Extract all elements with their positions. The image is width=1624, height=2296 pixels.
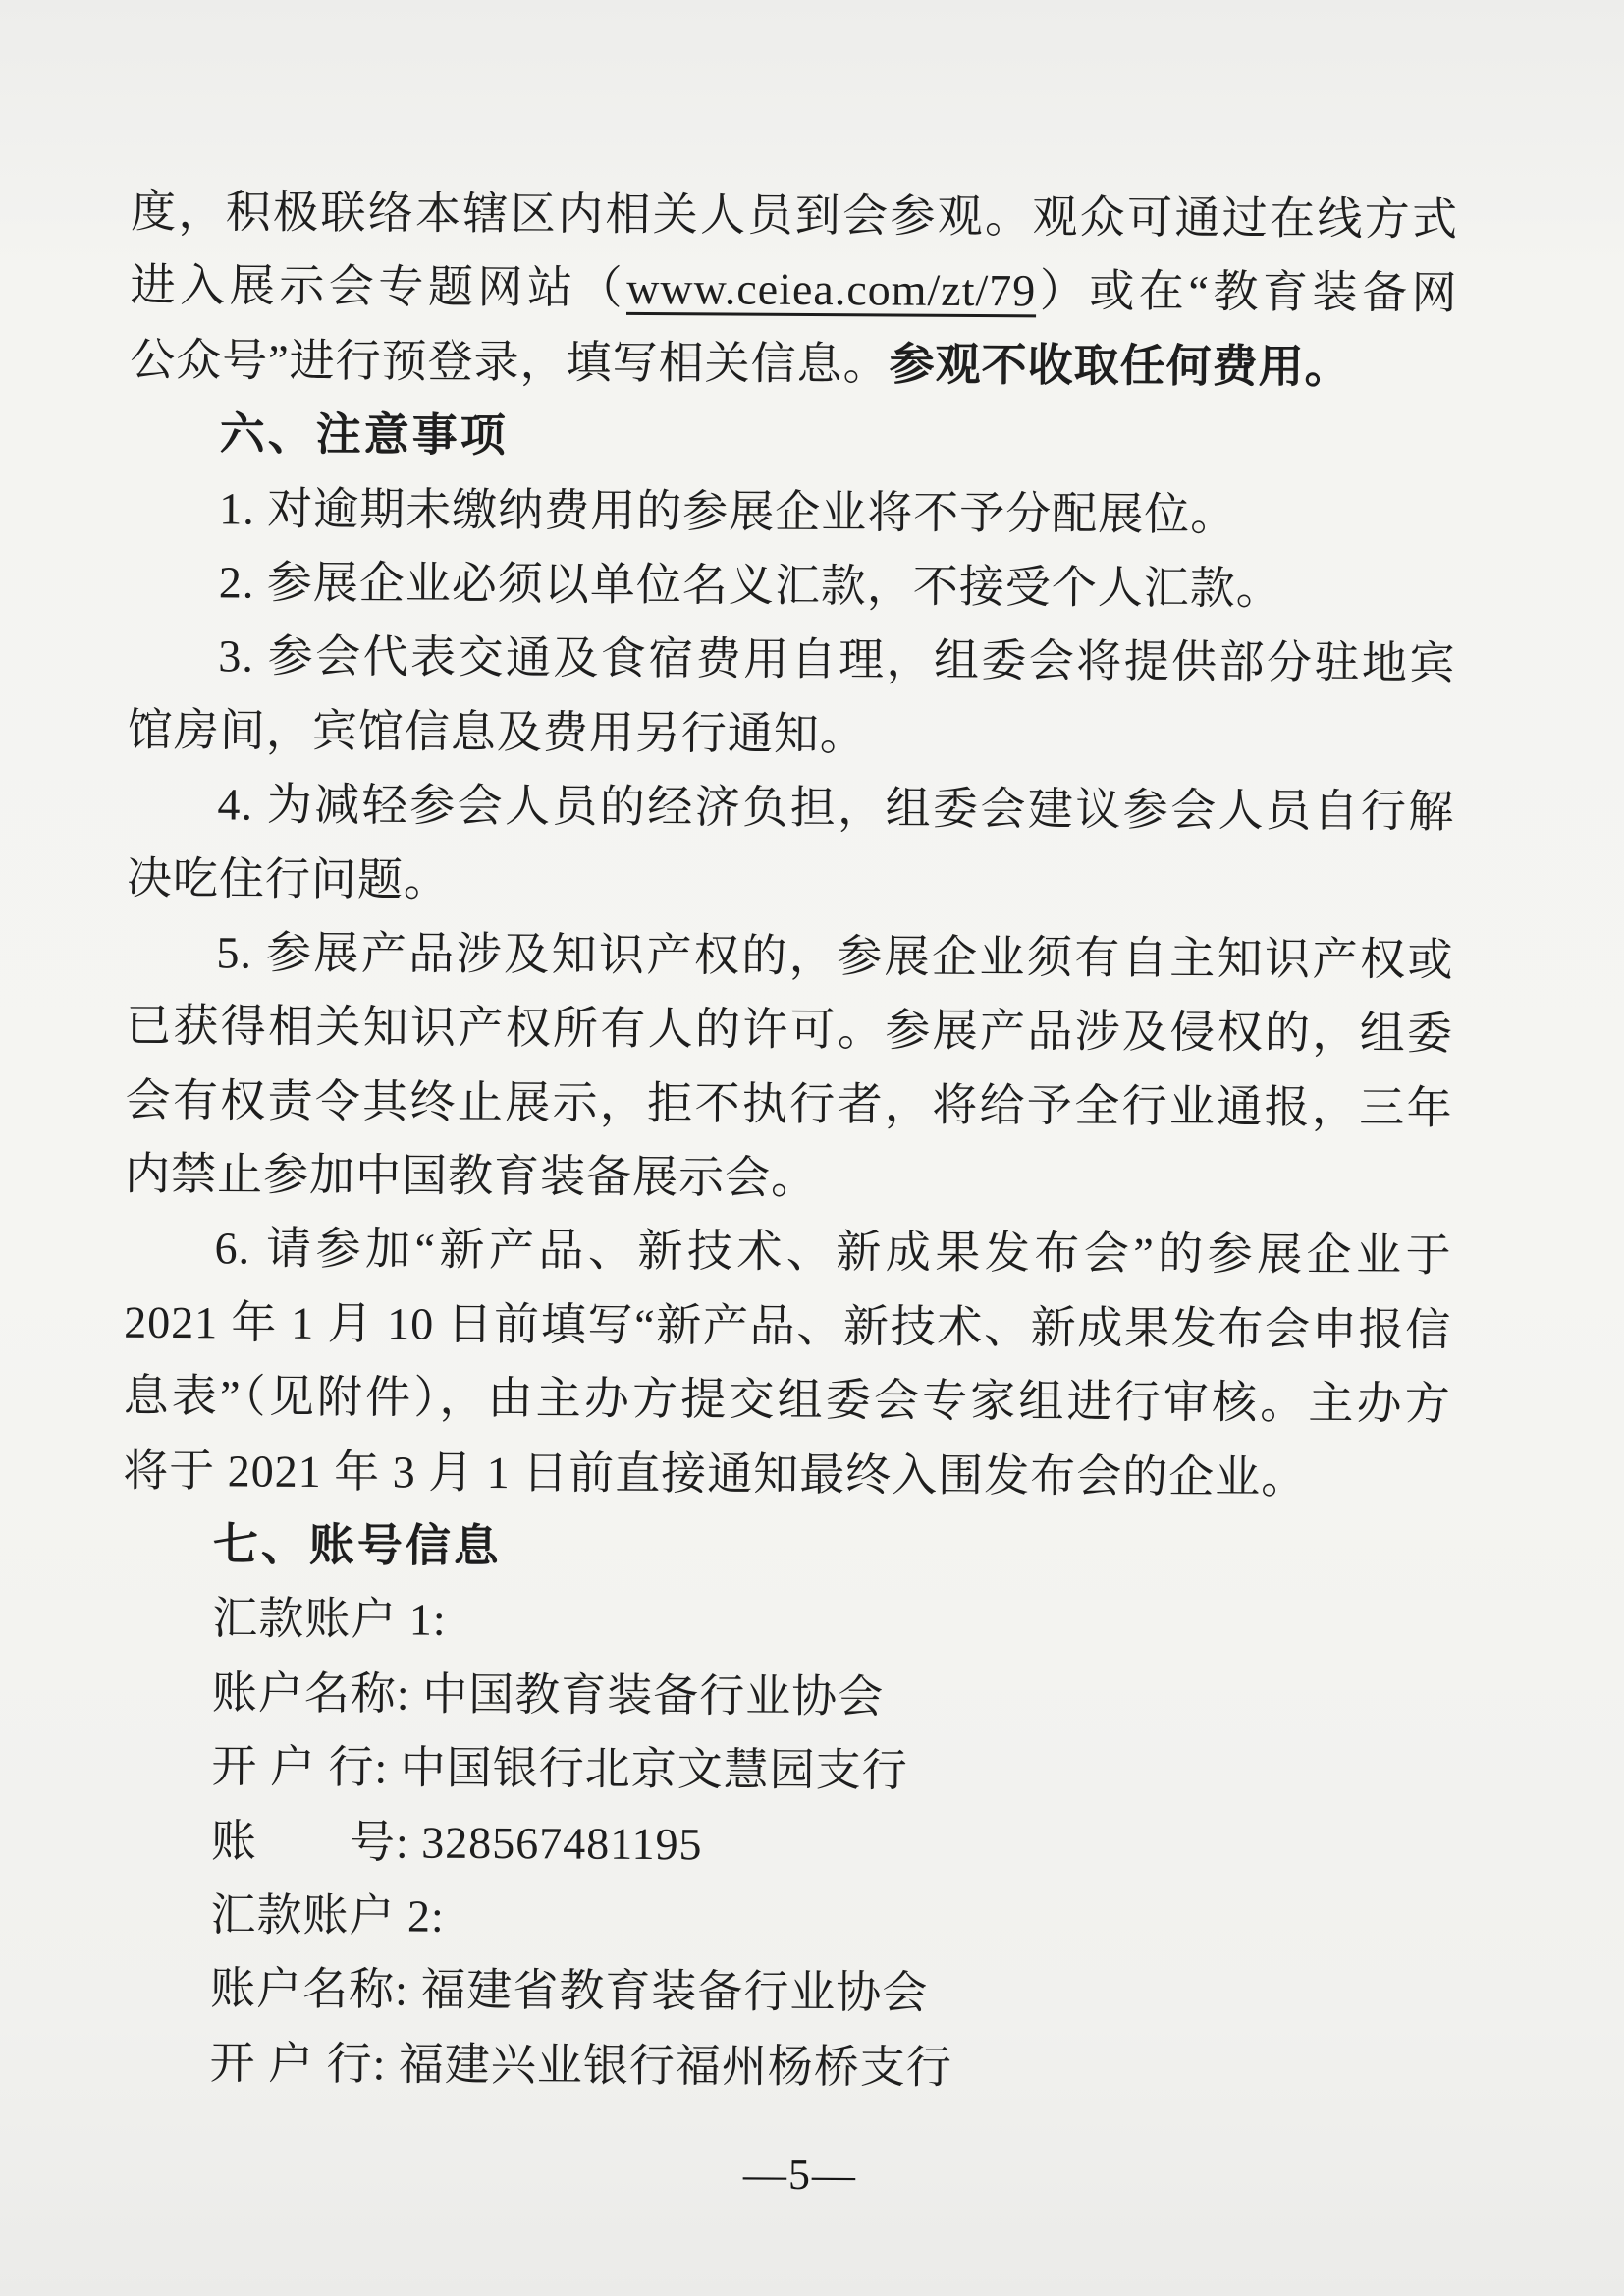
text-line: 6. 请参加“新产品、新技术、新成果发布会”的参展企业于 [124, 1211, 1451, 1293]
text-line: 1. 对逾期未缴纳费用的参展企业将不予分配展位。 [129, 470, 1456, 553]
text-segment: 汇款账户 2: [210, 1889, 445, 1941]
text-segment: 六、注意事项 [220, 409, 509, 462]
text-line: 公众号”进行预登录，填写相关信息。参观不收取任何费用。 [130, 323, 1457, 406]
text-segment: 已获得相关知识产权所有人的许可。参展产品涉及侵权的，组委 [126, 1001, 1453, 1059]
url-text: www.ceiea.com/zt/79 [626, 263, 1036, 316]
text-line: 开 户 行: 福建兴业银行福州杨桥支行 [119, 2026, 1446, 2108]
text-line: 3. 参会代表交通及食宿费用自理，组委会将提供部分驻地宾 [128, 619, 1455, 701]
text-segment: 1. 对逾期未缴纳费用的参展企业将不予分配展位。 [219, 483, 1236, 539]
text-segment: 汇款账户 1: [212, 1594, 447, 1645]
text-line: 馆房间，宾馆信息及费用另行通知。 [128, 692, 1455, 775]
text-line: 内禁止参加中国教育装备展示会。 [125, 1137, 1452, 1220]
section-heading: 七、账号信息 [123, 1507, 1450, 1590]
page-number: —5— [0, 2145, 1612, 2205]
text-segment: 开 户 行: 福建兴业银行福州杨桥支行 [209, 2038, 952, 2093]
text-line: 息表”（见附件），由主办方提交组委会专家组进行审核。主办方 [124, 1359, 1451, 1442]
text-segment: 3. 参会代表交通及食宿费用自理，组委会将提供部分驻地宾 [218, 631, 1455, 689]
text-segment: 6. 请参加“新产品、新技术、新成果发布会”的参展企业于 [214, 1224, 1451, 1282]
text-segment: 七、账号信息 [213, 1518, 502, 1571]
text-line: 进入展示会专题网站（www.ceiea.com/zt/79）或在“教育装备网 [130, 248, 1457, 331]
text-line: 汇款账户 1: [122, 1581, 1449, 1664]
text-line: 5. 参展产品涉及知识产权的，参展企业须有自主知识产权或 [126, 915, 1453, 998]
text-line: 将于 2021 年 3 月 1 日前直接通知最终入围发布会的企业。 [123, 1433, 1450, 1515]
text-segment: ）或在“教育装备网 [1036, 266, 1458, 319]
scan-skew-wrapper: 度，积极联络本辖区内相关人员到会参观。观众可通过在线方式进入展示会专题网站（ww… [0, 0, 1624, 2296]
document-body: 度，积极联络本辖区内相关人员到会参观。观众可通过在线方式进入展示会专题网站（ww… [119, 175, 1458, 2107]
text-segment: 账 号: 328567481195 [211, 1816, 703, 1869]
text-segment: 息表”（见附件），由主办方提交组委会专家组进行审核。主办方 [124, 1371, 1451, 1429]
text-line: 2. 参展企业必须以单位名义汇款，不接受个人汇款。 [129, 545, 1456, 628]
text-line: 2021 年 1 月 10 日前填写“新产品、新技术、新成果发布会申报信 [124, 1285, 1451, 1368]
text-line: 决吃住行问题。 [127, 841, 1454, 923]
text-segment: 馆房间，宾馆信息及费用另行通知。 [128, 704, 866, 759]
section-heading: 六、注意事项 [129, 397, 1456, 479]
text-line: 汇款账户 2: [120, 1878, 1447, 1960]
text-segment: 度，积极联络本辖区内相关人员到会参观。观众可通过在线方式 [131, 187, 1458, 245]
text-segment: 账户名称: 福建省教育装备行业协会 [210, 1964, 929, 2018]
text-segment: 账户名称: 中国教育装备行业协会 [212, 1667, 885, 1722]
text-segment: 开 户 行: 中国银行北京文慧园支行 [211, 1742, 908, 1796]
text-segment: 公众号”进行预登录，填写相关信息。 [130, 335, 890, 390]
scanned-document-page: 度，积极联络本辖区内相关人员到会参观。观众可通过在线方式进入展示会专题网站（ww… [0, 0, 1624, 2296]
text-line: 账 号: 328567481195 [121, 1803, 1448, 1886]
text-segment: 将于 2021 年 3 月 1 日前直接通知最终入围发布会的企业。 [123, 1445, 1307, 1502]
text-segment: 内禁止参加中国教育装备展示会。 [125, 1149, 817, 1203]
text-line: 账户名称: 福建省教育装备行业协会 [120, 1951, 1447, 2034]
text-line: 已获得相关知识产权所有人的许可。参展产品涉及侵权的，组委 [126, 989, 1453, 1071]
text-line: 度，积极联络本辖区内相关人员到会参观。观众可通过在线方式 [131, 175, 1458, 257]
text-line: 4. 为减轻参会人员的经济负担，组委会建议参会人员自行解 [127, 767, 1454, 849]
text-segment: 进入展示会专题网站（ [130, 260, 626, 313]
text-segment: 2. 参展企业必须以单位名义汇款，不接受个人汇款。 [219, 557, 1282, 614]
text-segment: 4. 为减轻参会人员的经济负担，组委会建议参会人员自行解 [217, 779, 1454, 837]
text-segment: 5. 参展产品涉及知识产权的，参展企业须有自主知识产权或 [216, 927, 1453, 985]
text-line: 会有权责令其终止展示，拒不执行者，将给予全行业通报，三年 [125, 1063, 1452, 1145]
text-line: 开 户 行: 中国银行北京文慧园支行 [121, 1729, 1448, 1812]
text-segment: 参观不收取任何费用。 [889, 338, 1350, 392]
text-line: 账户名称: 中国教育装备行业协会 [122, 1656, 1449, 1738]
text-segment: 决吃住行问题。 [127, 852, 450, 904]
text-segment: 2021 年 1 月 10 日前填写“新产品、新技术、新成果发布会申报信 [124, 1297, 1451, 1355]
text-segment: 会有权责令其终止展示，拒不执行者，将给予全行业通报，三年 [125, 1074, 1452, 1132]
